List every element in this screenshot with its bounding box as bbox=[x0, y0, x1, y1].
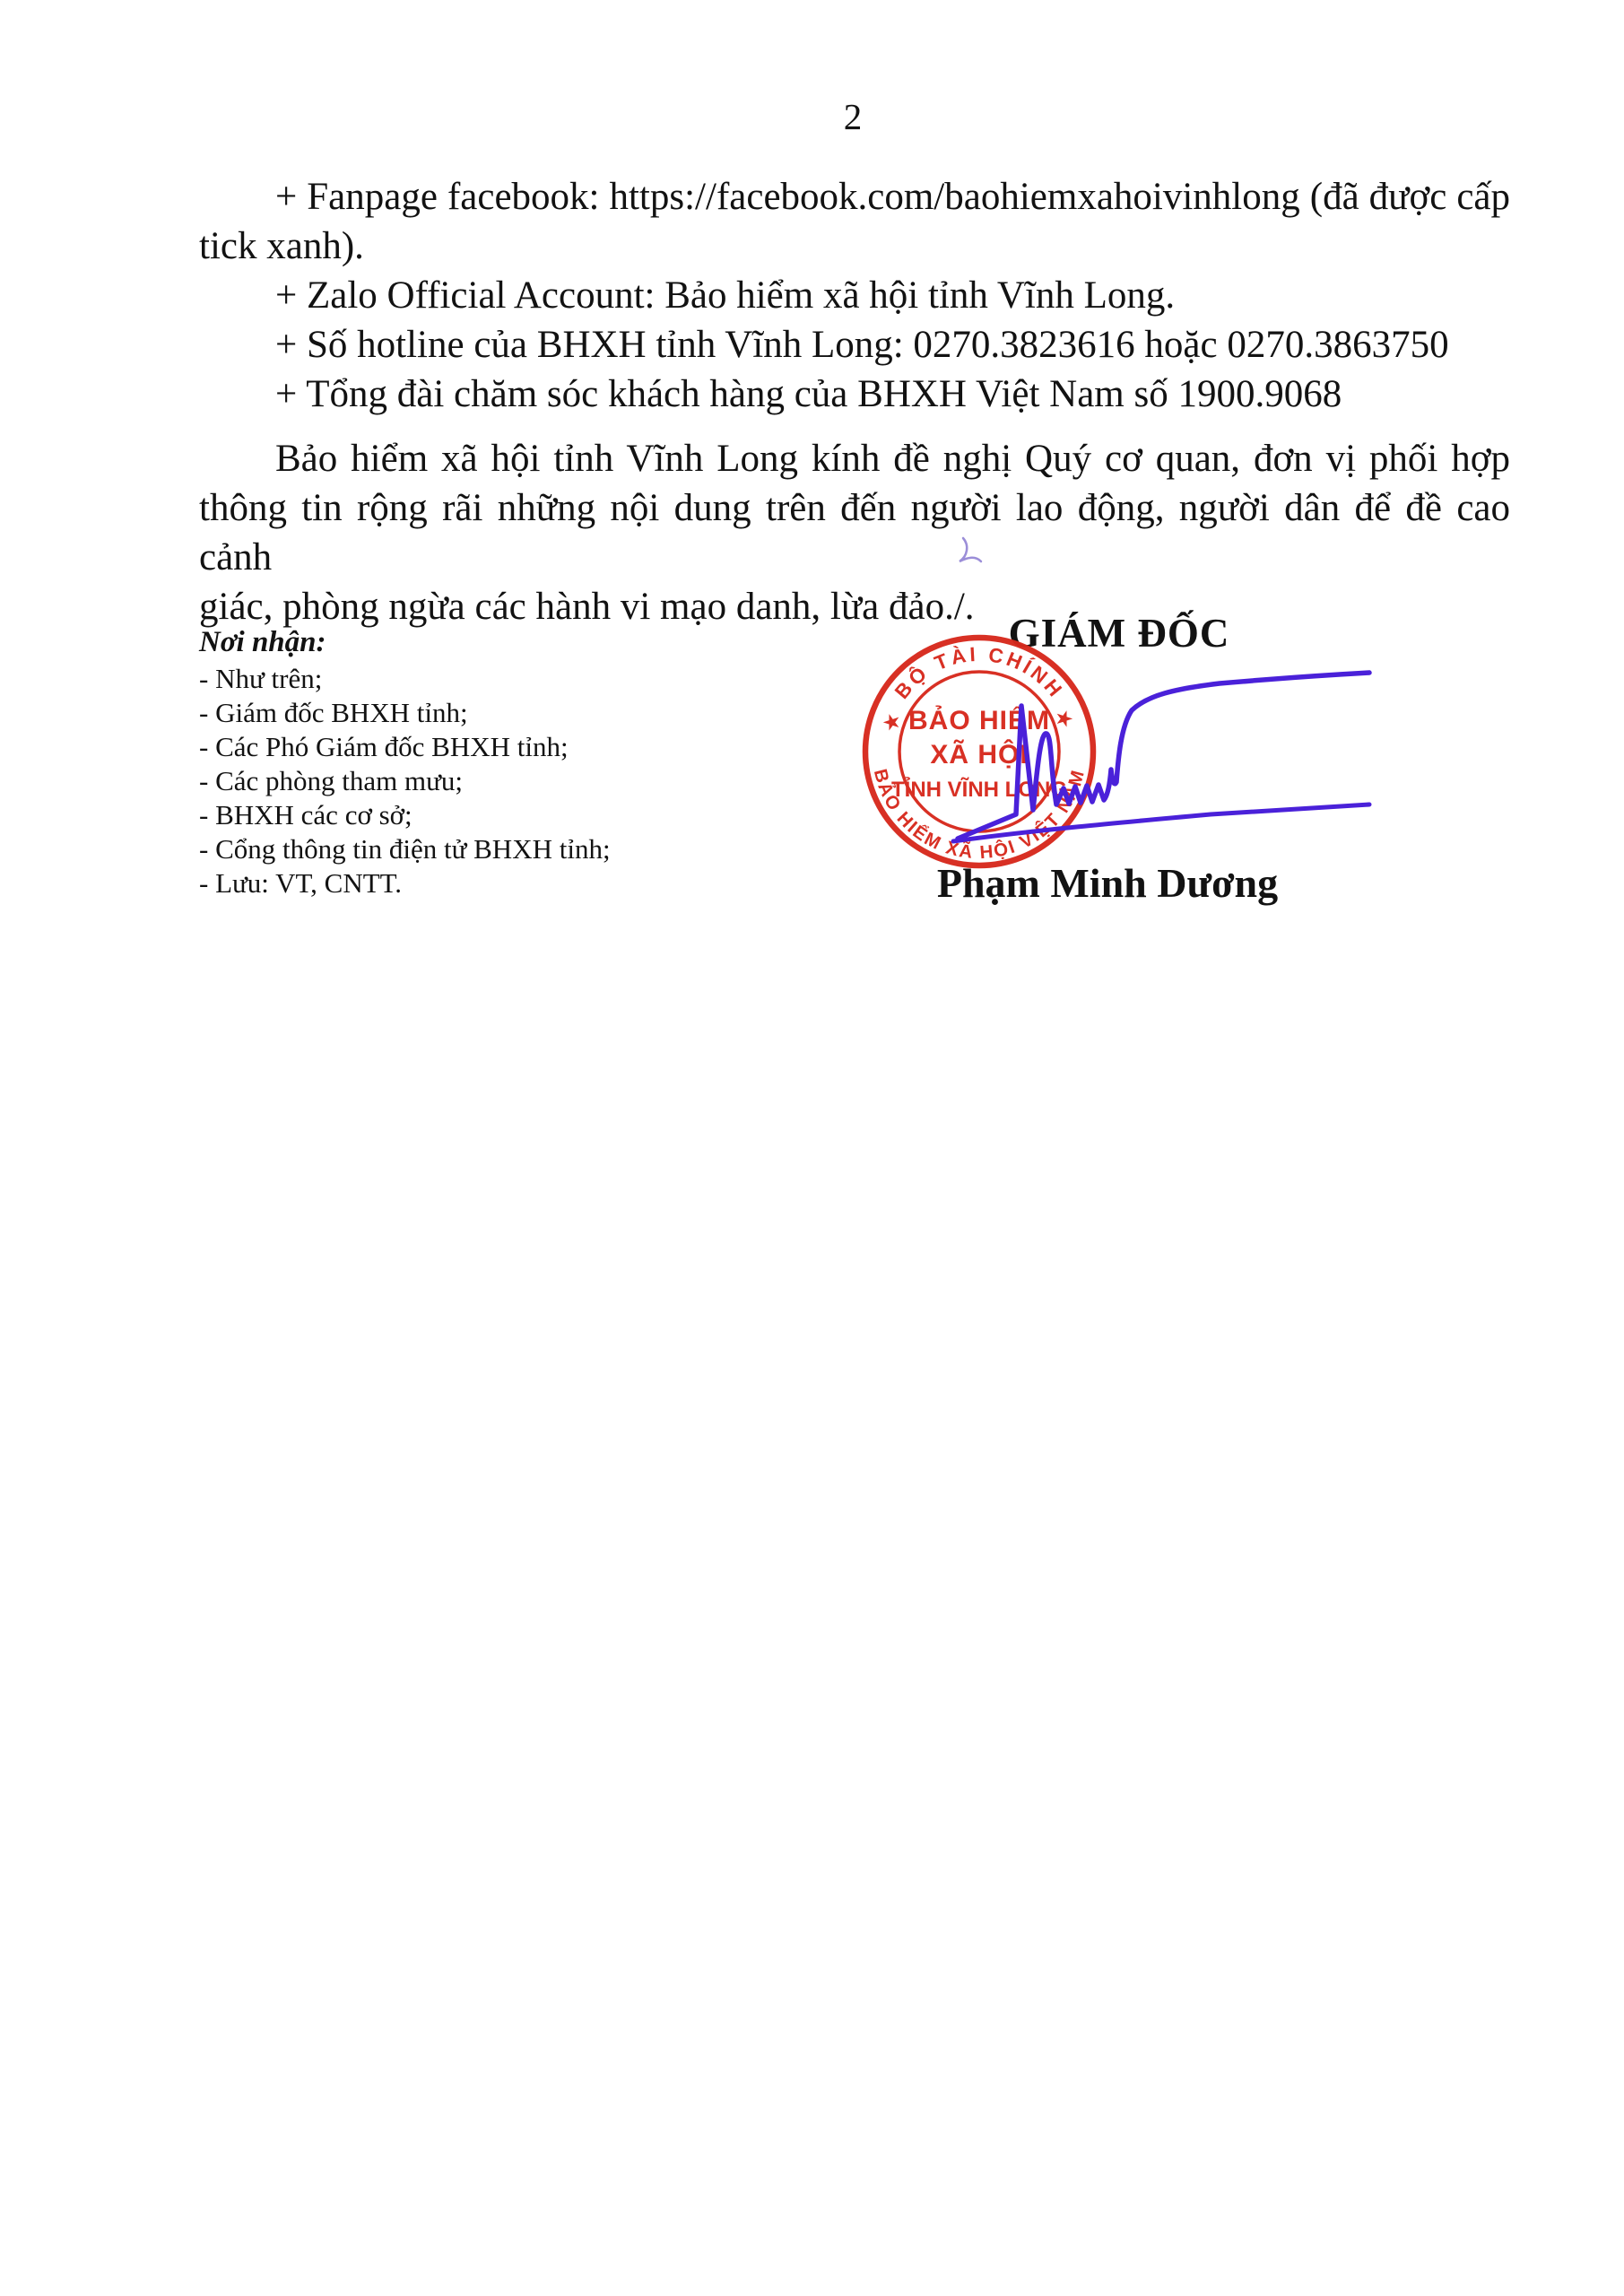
recipients-title: Nơi nhận: bbox=[199, 624, 755, 660]
initial-stroke bbox=[960, 538, 981, 561]
recipient-item: - Các phòng tham mưu; bbox=[199, 764, 755, 798]
signature-initial-mark bbox=[952, 535, 992, 574]
recipient-item: - Cổng thông tin điện tử BHXH tỉnh; bbox=[199, 832, 755, 866]
recipients-list: - Như trên; - Giám đốc BHXH tỉnh; - Các … bbox=[199, 662, 755, 900]
signature bbox=[843, 619, 1417, 888]
recipient-item: - Các Phó Giám đốc BHXH tỉnh; bbox=[199, 730, 755, 764]
signature-stroke bbox=[958, 673, 1369, 839]
recipient-item: - Như trên; bbox=[199, 662, 755, 696]
page-number: 2 bbox=[197, 95, 1508, 138]
body-line: tick xanh). bbox=[199, 222, 1510, 271]
body-line: + Fanpage facebook: https://facebook.com… bbox=[199, 172, 1510, 222]
recipients-block: Nơi nhận: - Như trên; - Giám đốc BHXH tỉ… bbox=[199, 624, 755, 900]
body-line: + Số hotline của BHXH tỉnh Vĩnh Long: 02… bbox=[199, 320, 1510, 370]
body-text: + Fanpage facebook: https://facebook.com… bbox=[199, 172, 1510, 631]
document-page: { "page_number": "2", "body": { "lines":… bbox=[0, 0, 1624, 2296]
body-line: + Zalo Official Account: Bảo hiểm xã hội… bbox=[199, 271, 1510, 320]
recipient-item: - Lưu: VT, CNTT. bbox=[199, 866, 755, 900]
body-line: thông tin rộng rãi những nội dung trên đ… bbox=[199, 483, 1510, 582]
recipient-item: - BHXH các cơ sở; bbox=[199, 798, 755, 832]
body-line: + Tổng đài chăm sóc khách hàng của BHXH … bbox=[199, 370, 1510, 419]
recipient-item: - Giám đốc BHXH tỉnh; bbox=[199, 696, 755, 730]
body-line: Bảo hiểm xã hội tỉnh Vĩnh Long kính đề n… bbox=[199, 434, 1510, 483]
